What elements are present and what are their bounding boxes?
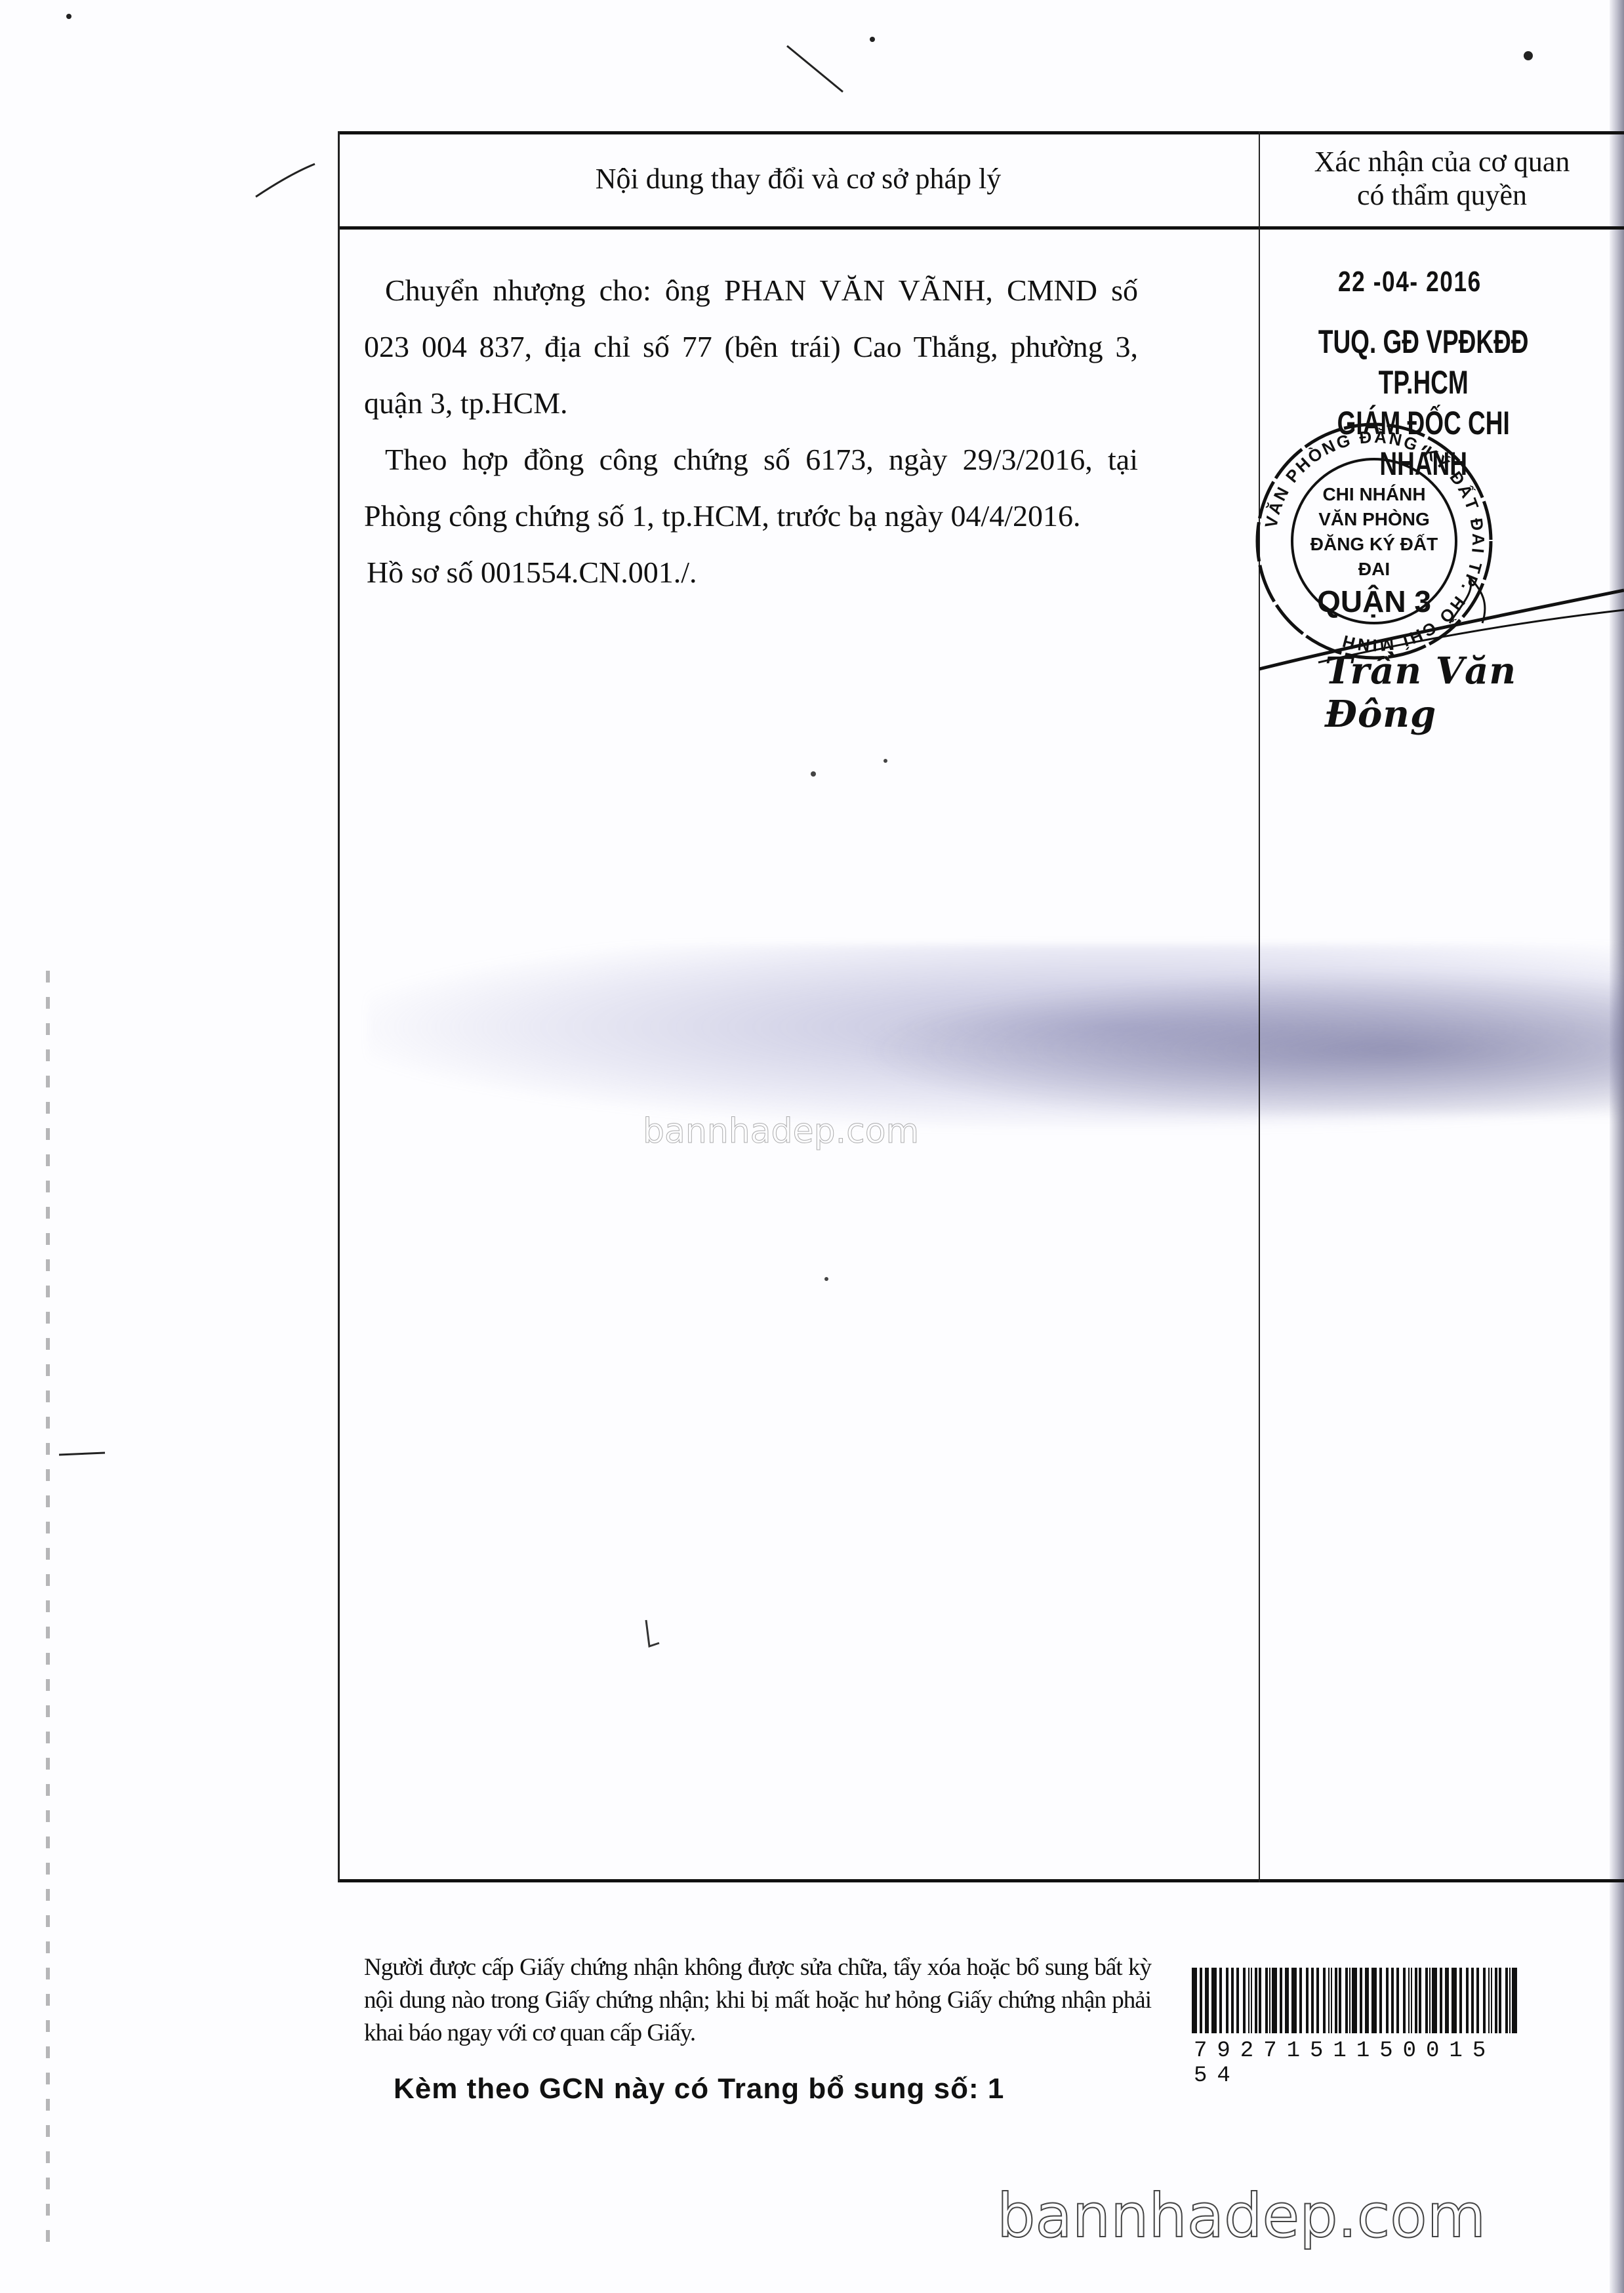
transfer-paragraph: Chuyển nhượng cho: ông PHAN VĂN VÃNH, CM… [364, 262, 1138, 432]
table-header-border [338, 226, 1624, 230]
barcode-icon [1190, 1968, 1518, 2033]
contract-paragraph: Theo hợp đồng công chứng số 6173, ngày 2… [364, 432, 1138, 544]
watermark-center: bannhadep.com [643, 1112, 919, 1151]
header-changes-legal-basis: Nội dung thay đổi và cơ sở pháp lý [338, 131, 1259, 226]
change-content: Chuyển nhượng cho: ông PHAN VĂN VÃNH, CM… [364, 262, 1138, 601]
scan-artifact-left [46, 971, 50, 2256]
seal-line2: VĂN PHÒNG [1295, 507, 1453, 532]
seal-line1: CHI NHÁNH [1295, 482, 1453, 507]
watermark-bottom: bannhadep.com [997, 2181, 1486, 2251]
supplementary-page-note: Kèm theo GCN này có Trang bổ sung số: 1 [394, 2073, 1004, 2105]
table-column-divider [1259, 131, 1260, 1882]
table-left-border [338, 131, 340, 1882]
dossier-number: Hồ sơ số 001554.CN.001./. [367, 544, 1138, 601]
certification-date-stamp: 22 -04- 2016 [1338, 266, 1482, 298]
barcode-number: 7927151150015 54 [1194, 2039, 1522, 2088]
header-authority-confirmation: Xác nhận của cơ quan có thẩm quyền [1260, 131, 1624, 226]
authority-line1: TUQ. GĐ VPĐKĐĐ TP.HCM [1312, 321, 1535, 403]
certificate-notice: Người được cấp Giấy chứng nhận không đượ… [364, 1951, 1151, 2050]
signatory-name: Trần Văn Đông [1325, 649, 1624, 736]
table-bottom-border [338, 1879, 1624, 1882]
header-authority-line2: có thẩm quyền [1357, 179, 1527, 213]
header-authority-line1: Xác nhận của cơ quan [1314, 146, 1570, 179]
